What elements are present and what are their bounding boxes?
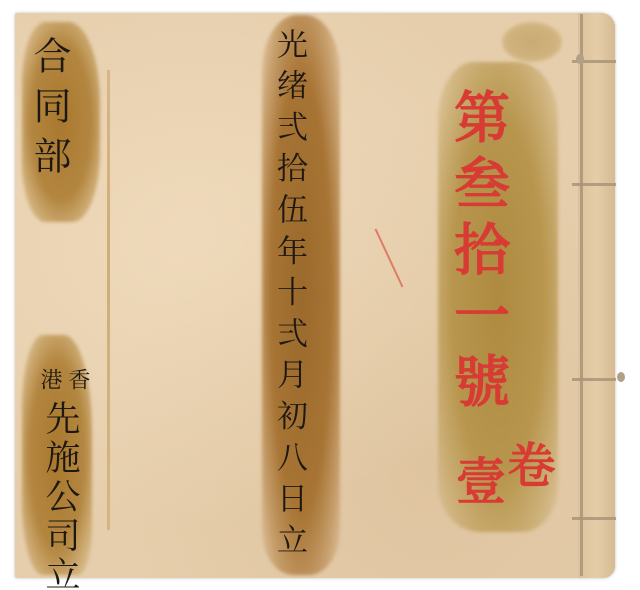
binding-knot-side bbox=[617, 372, 625, 382]
location-hong: 香 bbox=[66, 368, 88, 390]
location-kong: 港 bbox=[38, 368, 60, 390]
binding-thread-3 bbox=[572, 378, 616, 381]
stain-top-right-spots bbox=[502, 22, 562, 62]
date-inscription: 光绪弍拾伍年十弍月初八日立 bbox=[273, 28, 304, 565]
volume-label-yi: 壹 bbox=[452, 455, 502, 505]
volume-label-juan: 卷 bbox=[503, 440, 551, 488]
binding-thread-4 bbox=[572, 517, 616, 520]
binding-thread-vertical bbox=[580, 14, 583, 576]
binding-knot-top bbox=[576, 54, 584, 64]
company-name: 先施公司立 bbox=[42, 400, 77, 590]
book-spine bbox=[578, 13, 615, 578]
cover-fold-line bbox=[107, 70, 110, 530]
volume-number-title: 第叁拾一號 bbox=[450, 88, 506, 418]
contract-department-label: 合同部 bbox=[30, 36, 68, 186]
binding-thread-2 bbox=[572, 183, 616, 186]
